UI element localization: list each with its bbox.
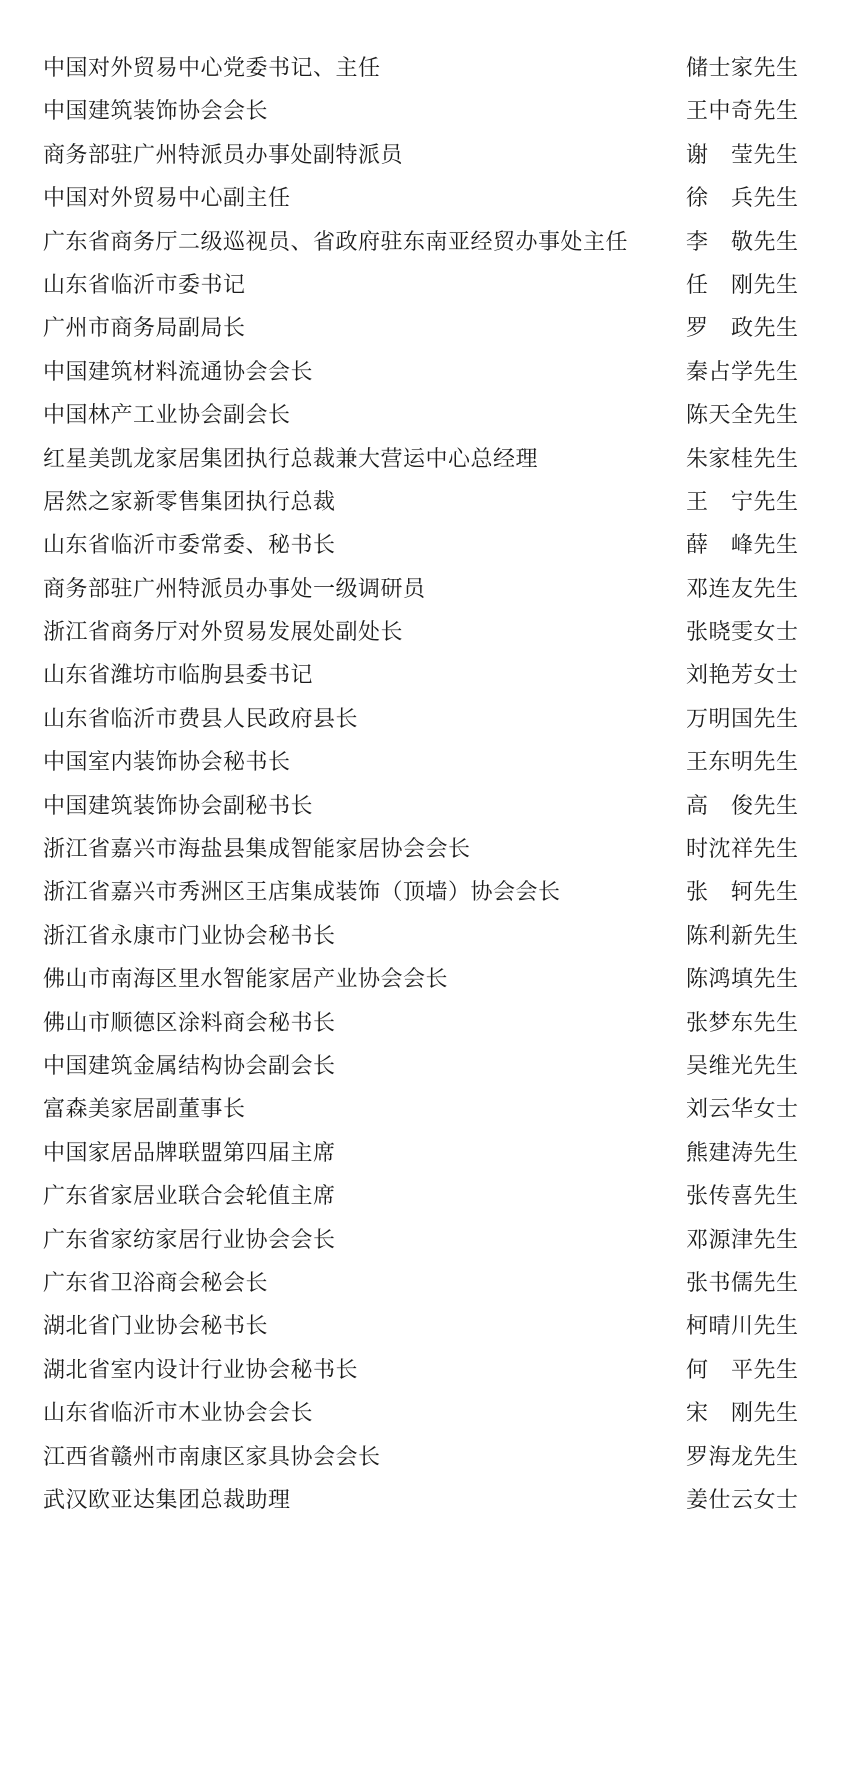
guest-name: 王中奇先生 — [686, 90, 799, 133]
guest-name: 刘艳芳女士 — [686, 654, 799, 697]
guest-title: 居然之家新零售集团执行总裁 — [43, 481, 336, 524]
list-item: 浙江省嘉兴市秀洲区王店集成装饰（顶墙）协会会长张 轲先生 — [0, 871, 848, 914]
guest-name: 姜仕云女士 — [686, 1479, 799, 1522]
guest-title: 中国建筑金属结构协会副会长 — [43, 1045, 336, 1088]
guest-name: 宋 刚先生 — [686, 1392, 799, 1435]
guest-title: 富森美家居副董事长 — [43, 1088, 246, 1131]
list-item: 山东省临沂市委书记任 刚先生 — [0, 264, 848, 307]
guest-title: 浙江省永康市门业协会秘书长 — [43, 915, 336, 958]
list-item: 佛山市南海区里水智能家居产业协会会长陈鸿填先生 — [0, 958, 848, 1001]
guest-list: 中国对外贸易中心党委书记、主任储士家先生 中国建筑装饰协会会长王中奇先生 商务部… — [0, 47, 848, 1522]
guest-name: 罗 政先生 — [686, 307, 799, 350]
guest-title: 商务部驻广州特派员办事处一级调研员 — [43, 568, 426, 611]
list-item: 佛山市顺德区涂料商会秘书长张梦东先生 — [0, 1002, 848, 1045]
guest-title: 中国林产工业协会副会长 — [43, 394, 291, 437]
list-item: 商务部驻广州特派员办事处副特派员谢 莹先生 — [0, 134, 848, 177]
guest-title: 山东省临沂市委书记 — [43, 264, 246, 307]
guest-title: 中国家居品牌联盟第四届主席 — [43, 1132, 336, 1175]
guest-name: 秦占学先生 — [686, 351, 799, 394]
guest-name: 谢 莹先生 — [686, 134, 799, 177]
list-item: 中国对外贸易中心副主任徐 兵先生 — [0, 177, 848, 220]
guest-name: 时沈祥先生 — [686, 828, 799, 871]
list-item: 红星美凯龙家居集团执行总裁兼大营运中心总经理朱家桂先生 — [0, 438, 848, 481]
guest-name: 何 平先生 — [686, 1349, 799, 1392]
guest-title: 中国建筑装饰协会会长 — [43, 90, 268, 133]
guest-name: 吴维光先生 — [686, 1045, 799, 1088]
guest-name: 高 俊先生 — [686, 785, 799, 828]
list-item: 中国林产工业协会副会长陈天全先生 — [0, 394, 848, 437]
guest-title: 中国对外贸易中心党委书记、主任 — [43, 47, 381, 90]
list-item: 中国建筑装饰协会会长王中奇先生 — [0, 90, 848, 133]
guest-name: 陈天全先生 — [686, 394, 799, 437]
list-item: 江西省赣州市南康区家具协会会长罗海龙先生 — [0, 1436, 848, 1479]
guest-title: 浙江省嘉兴市海盐县集成智能家居协会会长 — [43, 828, 471, 871]
guest-name: 徐 兵先生 — [686, 177, 799, 220]
list-item: 浙江省永康市门业协会秘书长陈利新先生 — [0, 915, 848, 958]
guest-title: 红星美凯龙家居集团执行总裁兼大营运中心总经理 — [43, 438, 538, 481]
list-item: 中国建筑材料流通协会会长秦占学先生 — [0, 351, 848, 394]
guest-title: 广东省商务厅二级巡视员、省政府驻东南亚经贸办事处主任 — [43, 221, 628, 264]
list-item: 居然之家新零售集团执行总裁王 宁先生 — [0, 481, 848, 524]
list-item: 商务部驻广州特派员办事处一级调研员邓连友先生 — [0, 568, 848, 611]
guest-title: 广东省家居业联合会轮值主席 — [43, 1175, 336, 1218]
list-item: 广东省家纺家居行业协会会长邓源津先生 — [0, 1219, 848, 1262]
list-item: 广东省卫浴商会秘会长张书儒先生 — [0, 1262, 848, 1305]
guest-name: 邓连友先生 — [686, 568, 799, 611]
guest-title: 湖北省室内设计行业协会秘书长 — [43, 1349, 358, 1392]
guest-title: 山东省临沂市木业协会会长 — [43, 1392, 313, 1435]
guest-name: 张书儒先生 — [686, 1262, 799, 1305]
guest-name: 王东明先生 — [686, 741, 799, 784]
guest-name: 朱家桂先生 — [686, 438, 799, 481]
guest-title: 山东省潍坊市临朐县委书记 — [43, 654, 313, 697]
guest-title: 佛山市顺德区涂料商会秘书长 — [43, 1002, 336, 1045]
guest-name: 熊建涛先生 — [686, 1132, 799, 1175]
guest-title: 佛山市南海区里水智能家居产业协会会长 — [43, 958, 448, 1001]
list-item: 武汉欧亚达集团总裁助理姜仕云女士 — [0, 1479, 848, 1522]
guest-name: 张梦东先生 — [686, 1002, 799, 1045]
list-item: 湖北省门业协会秘书长柯晴川先生 — [0, 1305, 848, 1348]
guest-name: 任 刚先生 — [686, 264, 799, 307]
guest-title: 湖北省门业协会秘书长 — [43, 1305, 268, 1348]
list-item: 浙江省嘉兴市海盐县集成智能家居协会会长时沈祥先生 — [0, 828, 848, 871]
guest-title: 中国建筑材料流通协会会长 — [43, 351, 313, 394]
list-item: 中国建筑装饰协会副秘书长高 俊先生 — [0, 785, 848, 828]
guest-name: 张 轲先生 — [686, 871, 799, 914]
list-item: 山东省潍坊市临朐县委书记刘艳芳女士 — [0, 654, 848, 697]
guest-name: 薛 峰先生 — [686, 524, 799, 567]
list-item: 山东省临沂市费县人民政府县长万明国先生 — [0, 698, 848, 741]
guest-title: 浙江省嘉兴市秀洲区王店集成装饰（顶墙）协会会长 — [43, 871, 561, 914]
guest-name: 刘云华女士 — [686, 1088, 799, 1131]
guest-name: 罗海龙先生 — [686, 1436, 799, 1479]
list-item: 湖北省室内设计行业协会秘书长何 平先生 — [0, 1349, 848, 1392]
guest-name: 张传喜先生 — [686, 1175, 799, 1218]
list-item: 广州市商务局副局长罗 政先生 — [0, 307, 848, 350]
list-item: 广东省商务厅二级巡视员、省政府驻东南亚经贸办事处主任李 敬先生 — [0, 221, 848, 264]
guest-title: 山东省临沂市费县人民政府县长 — [43, 698, 358, 741]
list-item: 中国室内装饰协会秘书长王东明先生 — [0, 741, 848, 784]
list-item: 广东省家居业联合会轮值主席张传喜先生 — [0, 1175, 848, 1218]
guest-name: 万明国先生 — [686, 698, 799, 741]
guest-name: 王 宁先生 — [686, 481, 799, 524]
guest-title: 江西省赣州市南康区家具协会会长 — [43, 1436, 381, 1479]
guest-name: 柯晴川先生 — [686, 1305, 799, 1348]
guest-title: 中国对外贸易中心副主任 — [43, 177, 291, 220]
list-item: 中国对外贸易中心党委书记、主任储士家先生 — [0, 47, 848, 90]
guest-title: 中国建筑装饰协会副秘书长 — [43, 785, 313, 828]
guest-name: 李 敬先生 — [686, 221, 799, 264]
list-item: 山东省临沂市委常委、秘书长薛 峰先生 — [0, 524, 848, 567]
list-item: 浙江省商务厅对外贸易发展处副处长张晓雯女士 — [0, 611, 848, 654]
list-item: 中国家居品牌联盟第四届主席熊建涛先生 — [0, 1132, 848, 1175]
guest-name: 张晓雯女士 — [686, 611, 799, 654]
guest-name: 陈利新先生 — [686, 915, 799, 958]
guest-title: 广州市商务局副局长 — [43, 307, 246, 350]
list-item: 山东省临沂市木业协会会长宋 刚先生 — [0, 1392, 848, 1435]
guest-title: 广东省卫浴商会秘会长 — [43, 1262, 268, 1305]
guest-name: 邓源津先生 — [686, 1219, 799, 1262]
guest-title: 中国室内装饰协会秘书长 — [43, 741, 291, 784]
list-item: 富森美家居副董事长刘云华女士 — [0, 1088, 848, 1131]
guest-title: 浙江省商务厅对外贸易发展处副处长 — [43, 611, 403, 654]
guest-title: 武汉欧亚达集团总裁助理 — [43, 1479, 291, 1522]
guest-title: 商务部驻广州特派员办事处副特派员 — [43, 134, 403, 177]
guest-title: 山东省临沂市委常委、秘书长 — [43, 524, 336, 567]
guest-title: 广东省家纺家居行业协会会长 — [43, 1219, 336, 1262]
guest-name: 储士家先生 — [686, 47, 799, 90]
list-item: 中国建筑金属结构协会副会长吴维光先生 — [0, 1045, 848, 1088]
guest-name: 陈鸿填先生 — [686, 958, 799, 1001]
